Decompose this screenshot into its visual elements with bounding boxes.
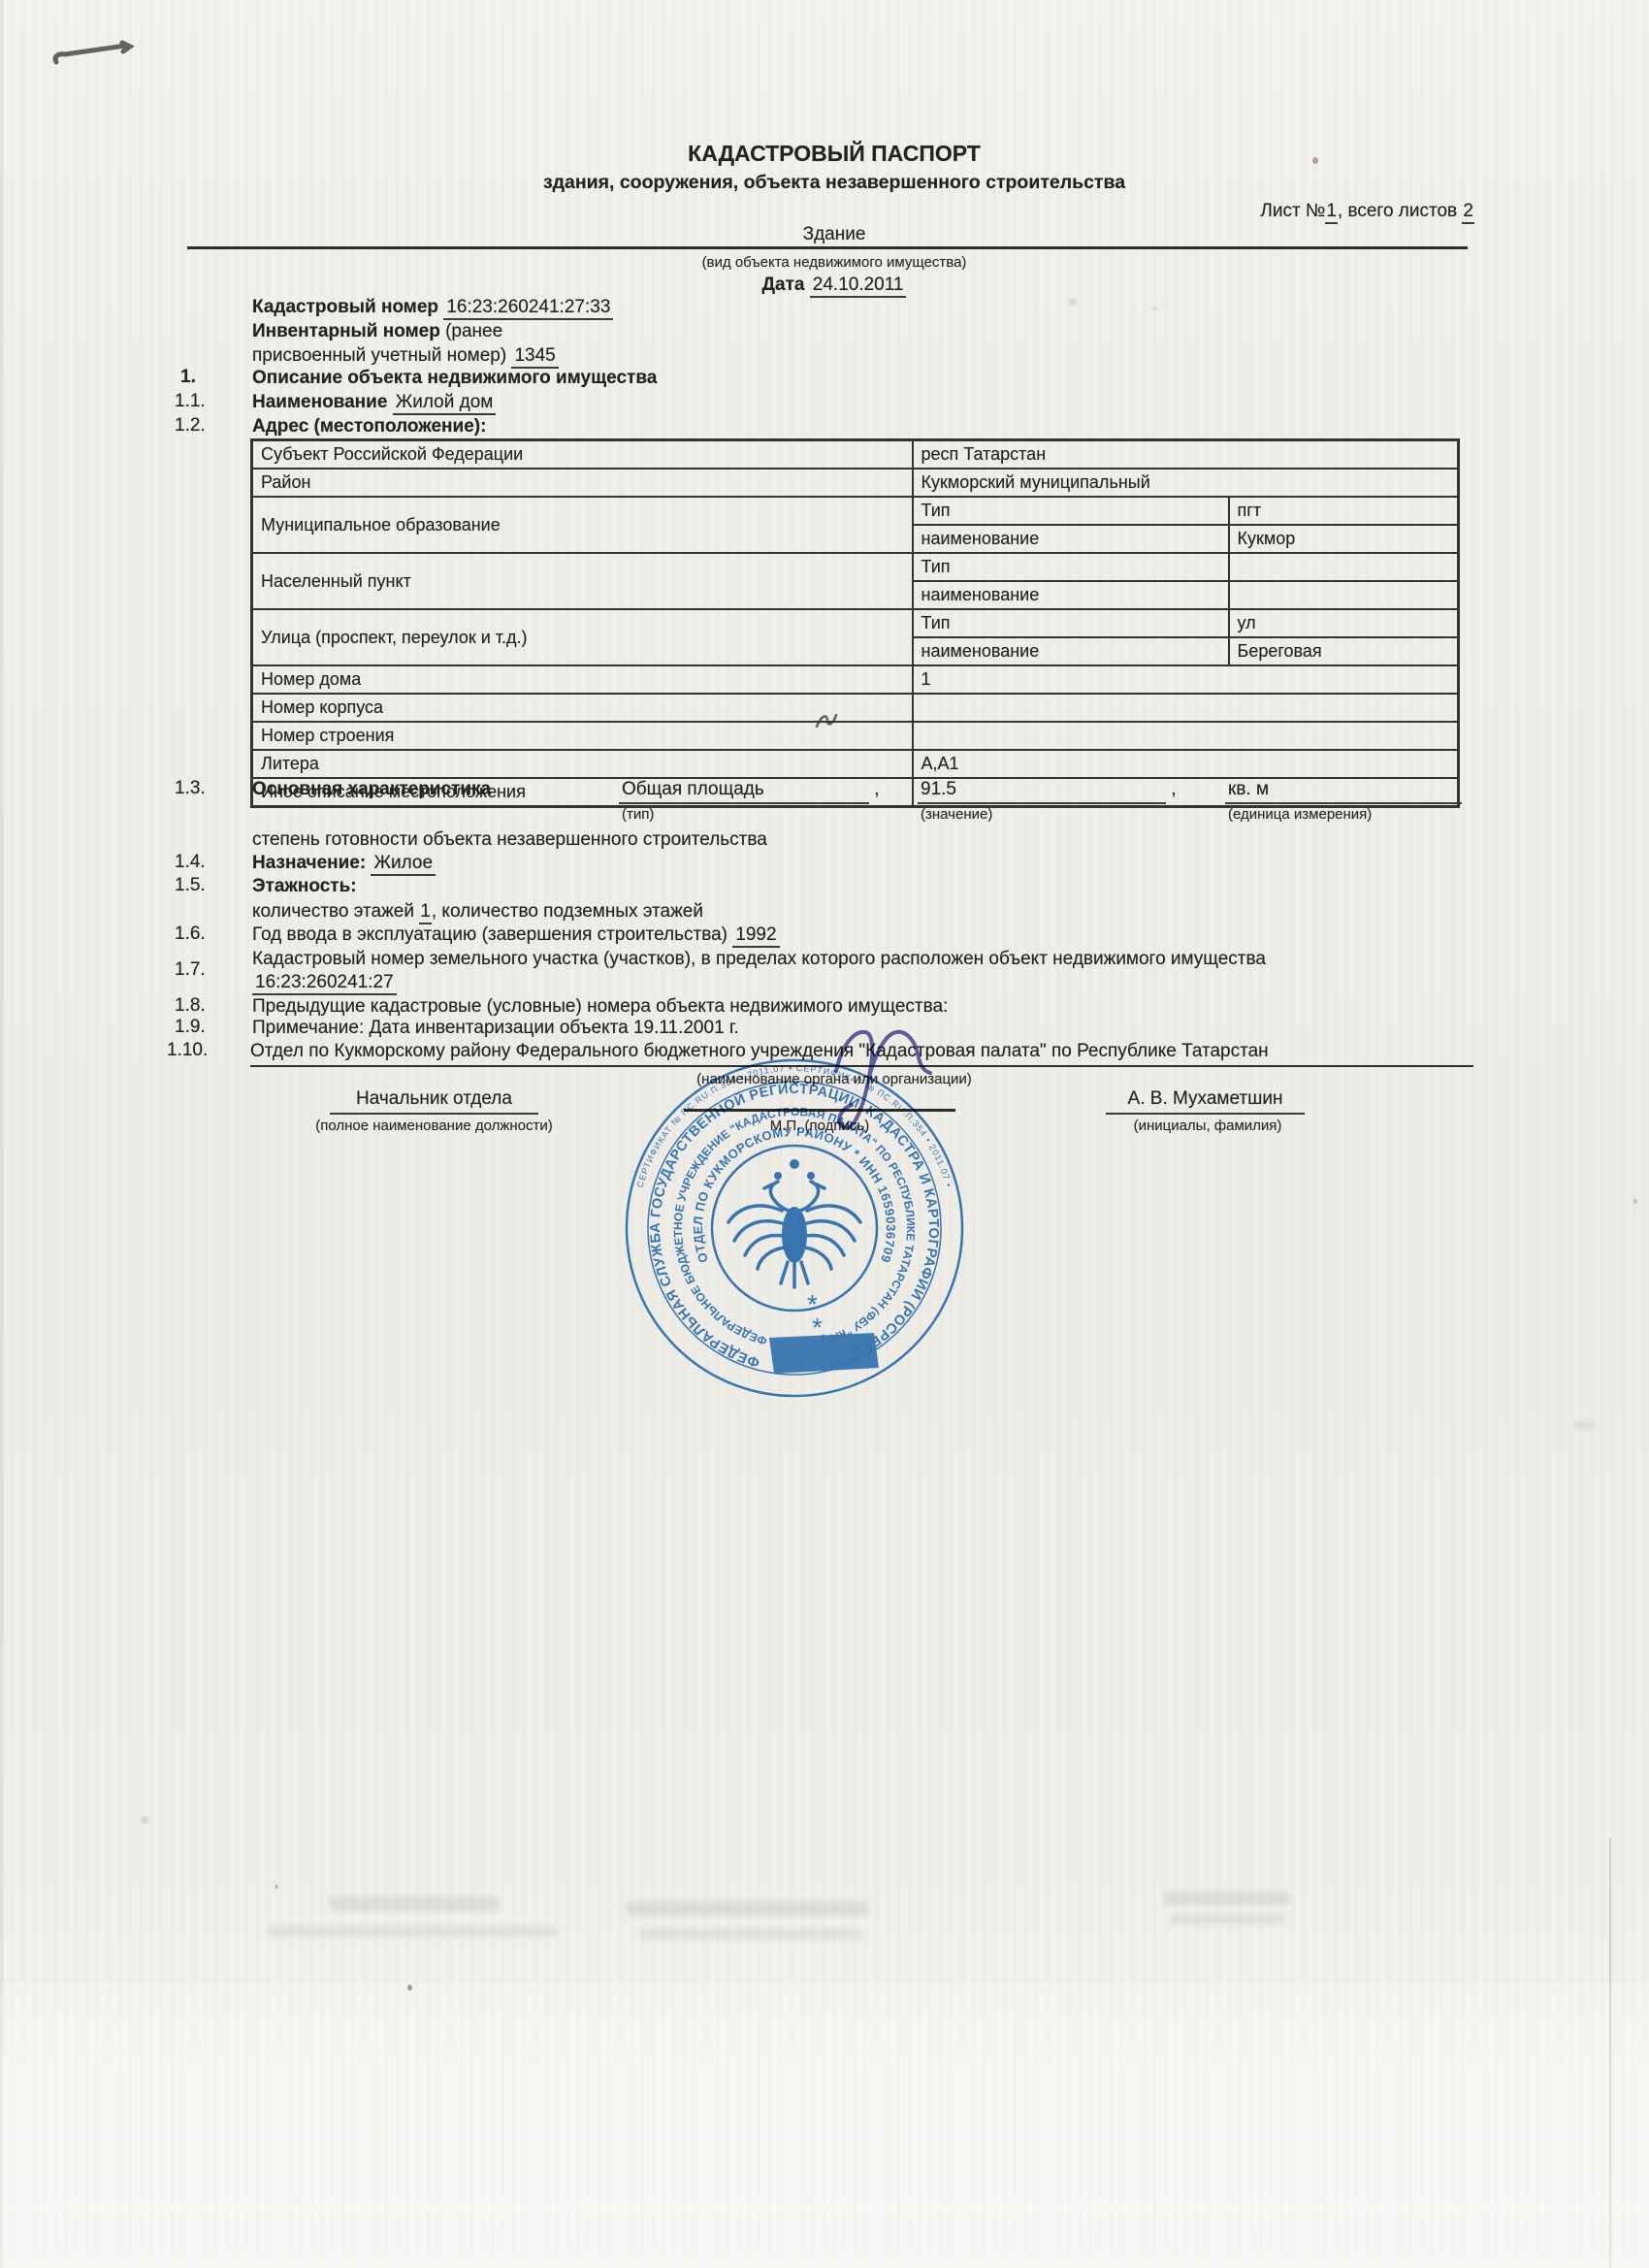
- section-1-1-number: 1.1.: [175, 391, 206, 412]
- section-1-7-number: 1.7.: [175, 959, 206, 981]
- table-row: Номер дома 1: [252, 665, 1459, 694]
- sheet-prefix: Лист №: [1260, 201, 1325, 221]
- table-cell-value: [913, 694, 1459, 722]
- bleed-through-text: [1169, 1914, 1285, 1925]
- paper-speck: [1152, 307, 1157, 310]
- address-label: Адрес (местоположение):: [252, 415, 486, 438]
- section-1-2-number: 1.2.: [175, 415, 206, 437]
- section-1-title: Описание объекта недвижимого имущества: [252, 367, 657, 390]
- characteristic-type-field: Общая площадь ,: [619, 778, 880, 804]
- cadastral-number-label: Кадастровый номер: [252, 297, 438, 317]
- pen-stroke-artifact: [47, 39, 144, 72]
- storeys-count-value: 1: [419, 901, 432, 924]
- purpose-line: Назначение: Жилое: [252, 852, 436, 875]
- date-line: Дата 24.10.2011: [184, 274, 1484, 297]
- bleed-through-text: [1164, 1892, 1290, 1905]
- table-cell-value: респ Татарстан: [913, 440, 1459, 470]
- characteristic-type-value: Общая площадь: [619, 778, 869, 804]
- section-1-5-number: 1.5.: [175, 875, 206, 896]
- section-1-3-number: 1.3.: [175, 778, 206, 799]
- paper-speck: [1633, 1199, 1637, 1204]
- bleed-through-text: [626, 1901, 868, 1916]
- table-cell-label: Номер дома: [252, 665, 913, 694]
- section-1-10-number: 1.10.: [167, 1040, 208, 1061]
- name-caption: (инициалы, фамилия): [1067, 1118, 1348, 1135]
- main-characteristic-label: Основная характеристика: [252, 778, 491, 801]
- storeys-label: Этажность:: [252, 875, 357, 898]
- table-cell-subkey: наименование: [913, 637, 1229, 665]
- table-cell-label: Улица (проспект, переулок и т.д.): [252, 609, 913, 665]
- paper-speck: [275, 1885, 278, 1889]
- date-label: Дата: [762, 275, 805, 295]
- table-cell-value: 1: [913, 665, 1459, 694]
- sheets-total: 2: [1462, 201, 1474, 224]
- paper-speck: [1312, 157, 1318, 164]
- object-kind-caption: (вид объекта недвижимого имущества): [184, 254, 1484, 272]
- cadastral-number-value: 16:23:260241:27:33: [443, 297, 613, 320]
- table-cell-value: [913, 722, 1459, 750]
- official-name: А. В. Мухаметшин: [1106, 1088, 1305, 1115]
- inventory-number-label: Инвентарный номер: [252, 321, 440, 341]
- bleed-through-text: [330, 1896, 500, 1911]
- header-rule: [187, 246, 1468, 249]
- name-label: Наименование: [252, 392, 387, 412]
- characteristic-unit-value: кв. м: [1225, 778, 1462, 804]
- storeys-line: количество этажей 1, количество подземны…: [252, 900, 703, 923]
- official-position: Начальник отдела: [330, 1088, 538, 1115]
- double-headed-eagle-icon: [728, 1159, 860, 1287]
- position-caption: (полное наименование должности): [281, 1118, 587, 1135]
- stamp-solid-block: [769, 1333, 879, 1374]
- table-cell-subvalue: [1229, 553, 1459, 581]
- address-table: Субъект Российской Федерации респ Татарс…: [250, 438, 1460, 808]
- inventory-number-line2: присвоенный учетный номер) 1345: [252, 344, 559, 368]
- bleed-through-text: [640, 1928, 863, 1940]
- paper-speck: [407, 1985, 412, 1991]
- table-row: Номер корпуса: [252, 694, 1459, 722]
- table-row: Муниципальное образование Тип пгт: [252, 497, 1459, 525]
- commissioning-year-line: Год ввода в эксплуатацию (завершения стр…: [252, 923, 780, 947]
- section-1-8-number: 1.8.: [175, 995, 206, 1017]
- table-row: Номер строения: [252, 722, 1459, 750]
- underground-storeys-label: , количество подземных этажей: [432, 901, 703, 922]
- paper-smudge: [1573, 1420, 1595, 1430]
- handwritten-signature: [757, 970, 970, 1174]
- section-1-1-line: Наименование Жилой дом: [252, 391, 496, 414]
- table-cell-subkey: наименование: [913, 581, 1229, 609]
- inventory-number-line1: Инвентарный номер (ранее: [252, 320, 502, 343]
- table-cell-subvalue: Кукмор: [1229, 525, 1459, 553]
- table-cell-subkey: Тип: [913, 497, 1229, 525]
- table-row: Улица (проспект, переулок и т.д.) Тип ул: [252, 609, 1459, 637]
- purpose-value: Жилое: [371, 853, 436, 876]
- table-cell-subvalue: Береговая: [1229, 637, 1459, 665]
- storeys-count-label: количество этажей: [252, 901, 419, 922]
- cadastral-number-line: Кадастровый номер 16:23:260241:27:33: [252, 296, 613, 319]
- readiness-note: степень готовности объекта незавершенног…: [252, 828, 767, 852]
- document-subtitle: здания, сооружения, объекта незавершенно…: [184, 171, 1484, 194]
- table-cell-subkey: наименование: [913, 525, 1229, 553]
- table-cell-value: Кукморский муниципальный: [913, 469, 1459, 497]
- name-value: Жилой дом: [393, 392, 497, 415]
- unit-caption: (единица измерения): [1228, 806, 1372, 824]
- table-cell-label: Населенный пункт: [252, 553, 913, 609]
- commissioning-year-value: 1992: [732, 924, 779, 948]
- table-cell-label: Муниципальное образование: [252, 497, 913, 553]
- date-value: 24.10.2011: [810, 275, 907, 298]
- note-line: Примечание: Дата инвентаризации объекта …: [252, 1017, 739, 1040]
- land-parcel-number: 16:23:260241:27: [252, 972, 397, 995]
- commissioning-year-label: Год ввода в эксплуатацию (завершения стр…: [252, 924, 732, 945]
- purpose-label: Назначение:: [252, 853, 366, 873]
- value-caption: (значение): [921, 806, 992, 824]
- scanned-document-page: КАДАСТРОВЫЙ ПАСПОРТ здания, сооружения, …: [0, 0, 1649, 2268]
- paper-speck: [1069, 299, 1077, 305]
- inventory-number-value: 1345: [511, 345, 558, 369]
- characteristic-value: 91.5: [918, 778, 1166, 804]
- table-cell-subkey: Тип: [913, 609, 1229, 637]
- type-caption: (тип): [622, 806, 654, 824]
- characteristic-value-field: 91.5 ,: [918, 778, 1177, 804]
- object-kind: Здание: [184, 223, 1484, 246]
- scanner-edge-line: [1609, 1838, 1611, 2268]
- table-cell-label: Литера: [252, 750, 913, 778]
- table-row: Субъект Российской Федерации респ Татарс…: [252, 440, 1459, 470]
- characteristic-unit-field: кв. м: [1225, 778, 1462, 804]
- section-1-6-number: 1.6.: [175, 923, 206, 945]
- table-row: Литера А,А1: [252, 750, 1459, 778]
- table-row: Район Кукморский муниципальный: [252, 469, 1459, 497]
- land-parcel-label: Кадастровый номер земельного участка (уч…: [252, 948, 1266, 971]
- table-cell-subkey: Тип: [913, 553, 1229, 581]
- sheet-mid: , всего листов: [1338, 201, 1463, 221]
- scan-light-band: [0, 1984, 1649, 2268]
- section-1-9-number: 1.9.: [175, 1017, 206, 1038]
- table-cell-subvalue: [1229, 581, 1459, 609]
- section-1-4-number: 1.4.: [175, 852, 206, 873]
- comma: ,: [874, 779, 879, 799]
- inventory-paren-1: (ранее: [445, 321, 502, 341]
- table-row: Населенный пункт Тип: [252, 553, 1459, 581]
- inventory-paren-2: присвоенный учетный номер): [252, 345, 506, 366]
- sheet-number: 1: [1325, 201, 1338, 224]
- scanner-edge-shadow: [0, 0, 3, 2268]
- document-title: КАДАСТРОВЫЙ ПАСПОРТ: [184, 142, 1484, 165]
- ink-squiggle-artifact: [813, 708, 840, 731]
- comma: ,: [1171, 779, 1176, 799]
- sheet-counter: Лист №1, всего листов 2: [1115, 200, 1474, 223]
- table-cell-value: А,А1: [913, 750, 1459, 778]
- section-1-number: 1.: [180, 367, 196, 388]
- paper-speck: [141, 1816, 148, 1824]
- table-cell-subvalue: ул: [1229, 609, 1459, 637]
- bleed-through-text: [267, 1926, 558, 1937]
- table-cell-label: Субъект Российской Федерации: [252, 440, 913, 470]
- table-cell-label: Район: [252, 469, 913, 497]
- land-parcel-number-line: 16:23:260241:27: [252, 971, 397, 994]
- table-cell-subvalue: пгт: [1229, 497, 1459, 525]
